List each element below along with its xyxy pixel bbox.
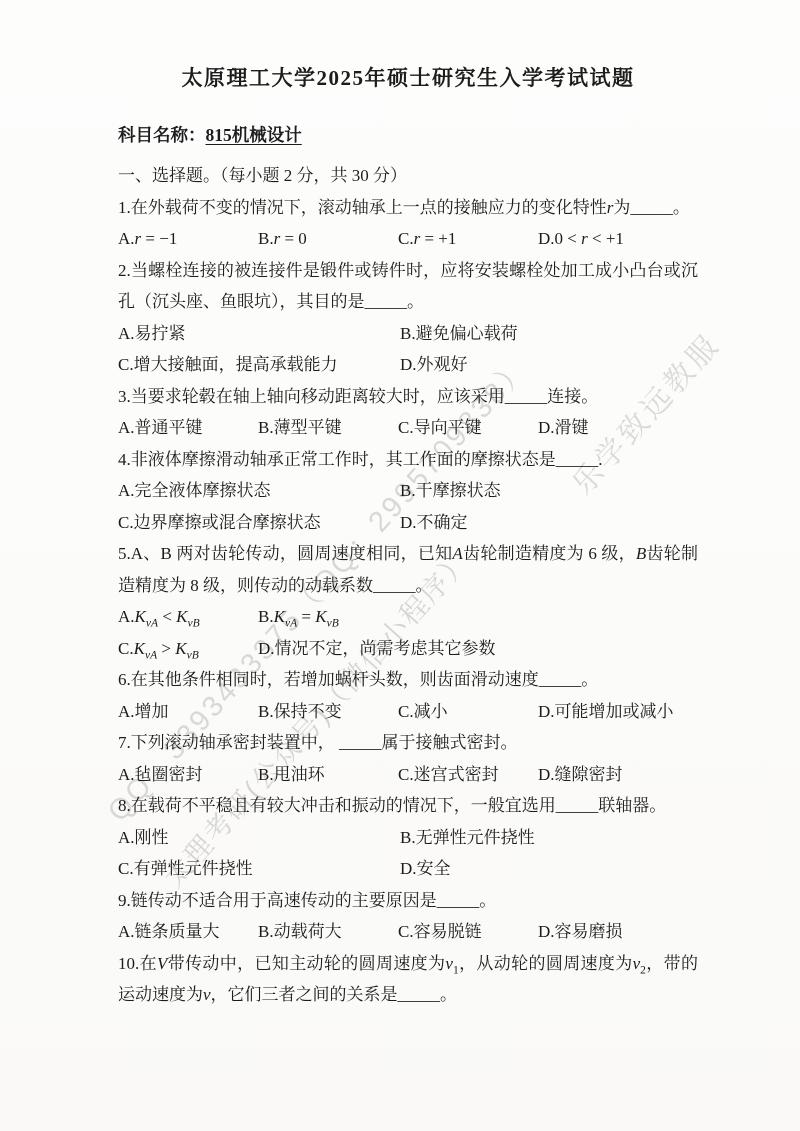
subject-label: 科目名称： [118,125,206,145]
option-C: C.边界摩擦或混合摩擦状态 [118,507,400,539]
question-block: 9.链传动不适合用于高速传动的主要原因是_____。A.链条质量大B.动载荷大C… [118,885,698,948]
subject-line: 科目名称：815机械设计 [118,122,698,148]
option-C: C.减小 [398,696,538,728]
option-row: A.刚性B.无弹性元件挠性 [118,822,698,854]
question-text: 10.在V带传动中，已知主动轮的圆周速度为v1，从动轮的圆周速度为v2，带的运动… [118,948,698,1011]
exam-content: 太原理工大学2025年硕士研究生入学考试试题 科目名称：815机械设计 一、选择… [0,0,800,1011]
option-D: D.缝隙密封 [538,759,698,791]
option-D: D.安全 [400,853,698,885]
option-A: A.完全液体摩擦状态 [118,475,400,507]
question-text: 7.下列滚动轴承密封装置中， _____属于接触式密封。 [118,727,698,759]
page-title: 太原理工大学2025年硕士研究生入学考试试题 [118,62,698,92]
option-D: D.外观好 [400,349,698,381]
question-block: 10.在V带传动中，已知主动轮的圆周速度为v1，从动轮的圆周速度为v2，带的运动… [118,948,698,1011]
option-B: B.无弹性元件挠性 [400,822,698,854]
option-D: D.可能增加或减小 [538,696,698,728]
option-A: A.普通平键 [118,412,258,444]
option-C: C.r = +1 [398,223,538,255]
option-row: A.r = −1B.r = 0C.r = +1D.0 < r < +1 [118,223,698,255]
question-block: 2.当螺栓连接的被连接件是锻件或铸件时，应将安装螺栓处加工成小凸台或沉孔（沉头座… [118,255,698,381]
option-B: B.动载荷大 [258,916,398,948]
option-row: C.边界摩擦或混合摩擦状态D.不确定 [118,507,698,539]
option-row: C.增大接触面，提高承载能力D.外观好 [118,349,698,381]
question-block: 5.A、B 两对齿轮传动，圆周速度相同，已知A齿轮制造精度为 6 级，B齿轮制造… [118,538,698,664]
option-row: A.易拧紧B.避免偏心载荷 [118,318,698,350]
option-A: A.毡圈密封 [118,759,258,791]
option-A: A.增加 [118,696,258,728]
question-text: 5.A、B 两对齿轮传动，圆周速度相同，已知A齿轮制造精度为 6 级，B齿轮制造… [118,538,698,601]
question-text: 8.在载荷不平稳且有较大冲击和振动的情况下，一般宜选用_____联轴器。 [118,790,698,822]
option-B: B.r = 0 [258,223,398,255]
option-C: C.迷宫式密封 [398,759,538,791]
option-row: C.KvA > KvBD.情况不定，尚需考虑其它参数 [118,633,698,665]
option-row: A.毡圈密封B.甩油环C.迷宫式密封D.缝隙密封 [118,759,698,791]
option-C: C.增大接触面，提高承载能力 [118,349,400,381]
option-C: C.容易脱链 [398,916,538,948]
question-text: 3.当要求轮毂在轴上轴向移动距离较大时，应该采用_____连接。 [118,381,698,413]
question-text: 9.链传动不适合用于高速传动的主要原因是_____。 [118,885,698,917]
option-A: A.r = −1 [118,223,258,255]
option-A: A.链条质量大 [118,916,258,948]
question-block: 4.非液体摩擦滑动轴承正常工作时，其工作面的摩擦状态是_____.A.完全液体摩… [118,444,698,539]
option-D: D.容易磨损 [538,916,698,948]
option-C: C.有弹性元件挠性 [118,853,400,885]
option-C: C.导向平键 [398,412,538,444]
question-block: 7.下列滚动轴承密封装置中， _____属于接触式密封。A.毡圈密封B.甩油环C… [118,727,698,790]
option-B: B.KvA = KvB [258,601,698,633]
question-text: 4.非液体摩擦滑动轴承正常工作时，其工作面的摩擦状态是_____. [118,444,698,476]
option-B: B.避免偏心载荷 [400,318,698,350]
option-B: B.甩油环 [258,759,398,791]
question-block: 1.在外载荷不变的情况下，滚动轴承上一点的接触应力的变化特性r为_____。A.… [118,192,698,255]
question-text: 2.当螺栓连接的被连接件是锻件或铸件时，应将安装螺栓处加工成小凸台或沉孔（沉头座… [118,255,698,318]
question-list: 1.在外载荷不变的情况下，滚动轴承上一点的接触应力的变化特性r为_____。A.… [118,192,698,1011]
question-text: 1.在外载荷不变的情况下，滚动轴承上一点的接触应力的变化特性r为_____。 [118,192,698,224]
question-block: 8.在载荷不平稳且有较大冲击和振动的情况下，一般宜选用_____联轴器。A.刚性… [118,790,698,885]
option-row: A.KvA < KvBB.KvA = KvB [118,601,698,633]
option-A: A.KvA < KvB [118,601,258,633]
question-text: 6.在其他条件相同时，若增加蜗杆头数，则齿面滑动速度_____。 [118,664,698,696]
option-B: B.薄型平键 [258,412,398,444]
option-A: A.易拧紧 [118,318,400,350]
option-B: B.干摩擦状态 [400,475,698,507]
option-B: B.保持不变 [258,696,398,728]
option-A: A.刚性 [118,822,400,854]
section-heading: 一、选择题。（每小题 2 分，共 30 分） [118,160,698,192]
option-D: D.不确定 [400,507,698,539]
option-D: D.情况不定，尚需考虑其它参数 [258,633,698,665]
question-block: 3.当要求轮毂在轴上轴向移动距离较大时，应该采用_____连接。A.普通平键B.… [118,381,698,444]
option-row: C.有弹性元件挠性D.安全 [118,853,698,885]
option-D: D.滑键 [538,412,698,444]
option-D: D.0 < r < +1 [538,223,698,255]
option-row: A.链条质量大B.动载荷大C.容易脱链D.容易磨损 [118,916,698,948]
exam-page: QQ：3393433375（QQ：2995709838） 太理考研(公众号)（微… [0,0,800,1131]
question-block: 6.在其他条件相同时，若增加蜗杆头数，则齿面滑动速度_____。A.增加B.保持… [118,664,698,727]
option-row: A.增加B.保持不变C.减小D.可能增加或减小 [118,696,698,728]
option-row: A.普通平键B.薄型平键C.导向平键D.滑键 [118,412,698,444]
subject-value: 815机械设计 [206,125,302,145]
option-row: A.完全液体摩擦状态B.干摩擦状态 [118,475,698,507]
option-C: C.KvA > KvB [118,633,258,665]
